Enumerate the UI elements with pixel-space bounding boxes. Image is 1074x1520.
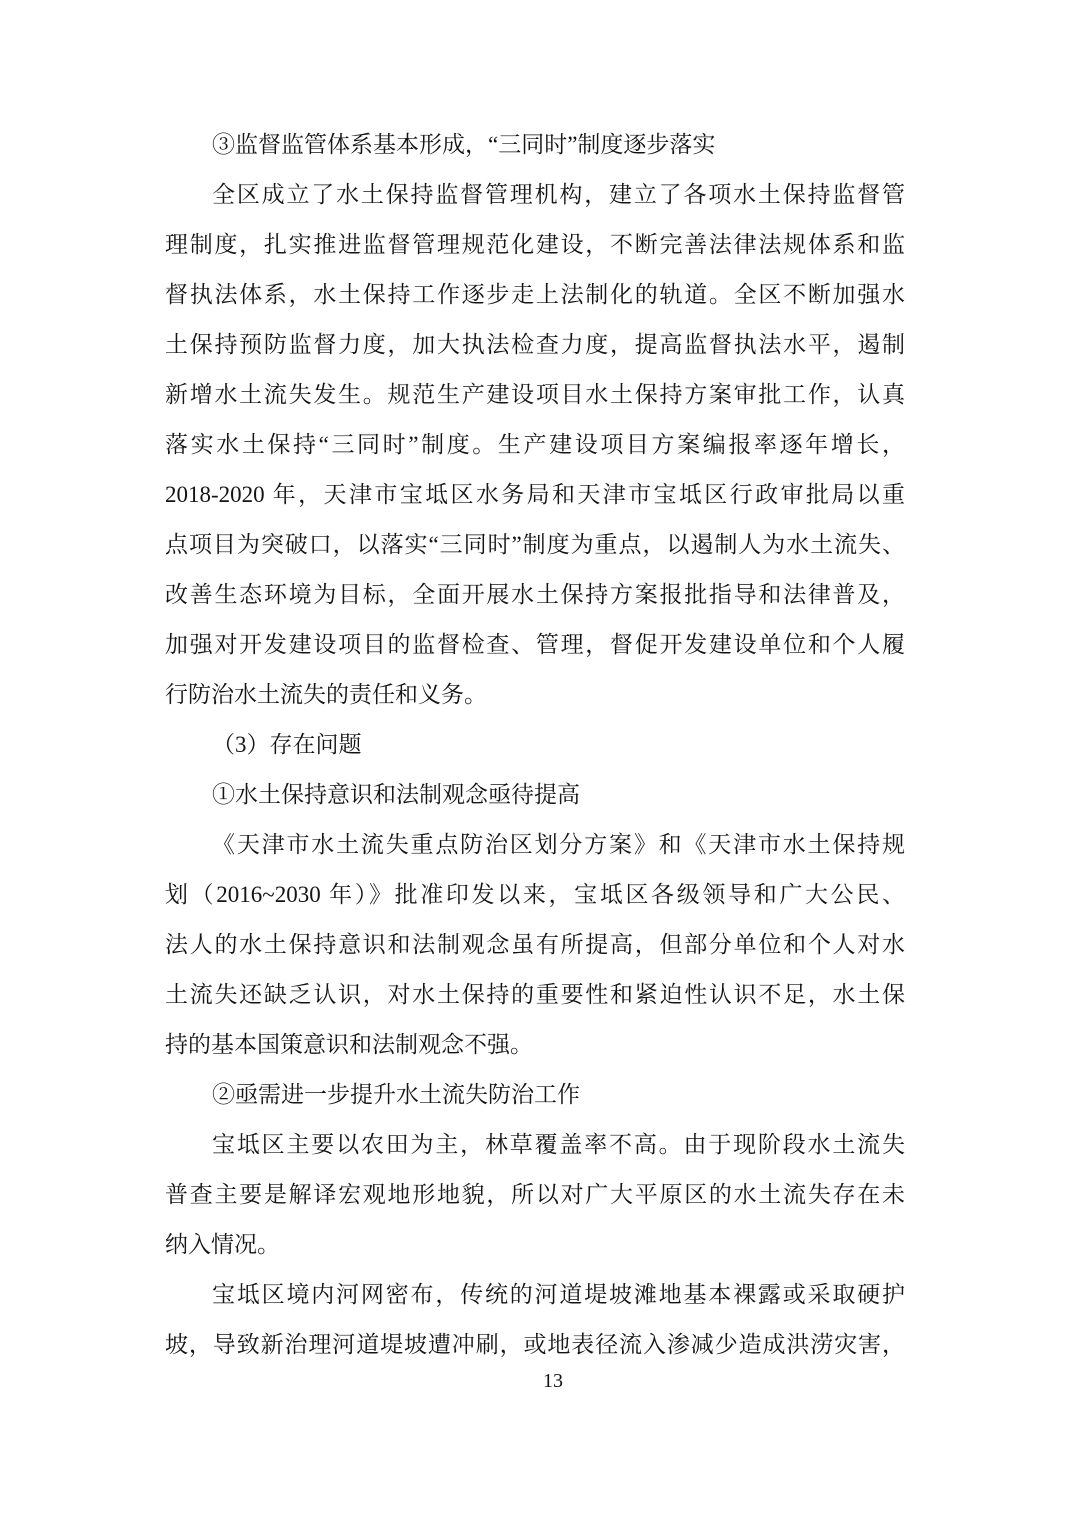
paragraph-sub-heading: （3）存在问题 [165, 720, 905, 770]
text-line: 《天津市水土流失重点防治区划分方案》和《天津市水土保持规 [165, 820, 905, 870]
text-line: 宝坻区主要以农田为主，林草覆盖率不高。由于现阶段水土流失 [165, 1120, 905, 1170]
text-line: 坡，导致新治理河道堤坡遭冲刷，或地表径流入渗减少造成洪涝灾害， [165, 1320, 905, 1370]
document-page: ③监督监管体系基本形成，“三同时”制度逐步落实全区成立了水土保持监督管理机构，建… [0, 0, 1074, 1520]
paragraph-numbered-heading: ②亟需进一步提升水土流失防治工作 [165, 1070, 905, 1120]
text-line: 2018-2020 年，天津市宝坻区水务局和天津市宝坻区行政审批局以重 [165, 470, 905, 520]
text-line: 划（2016~2030 年）》批准印发以来，宝坻区各级领导和广大公民、 [165, 870, 905, 920]
text-line: 普查主要是解译宏观地形地貌，所以对广大平原区的水土流失存在未 [165, 1170, 905, 1220]
text-line: 纳入情况。 [165, 1220, 905, 1270]
document-body: ③监督监管体系基本形成，“三同时”制度逐步落实全区成立了水土保持监督管理机构，建… [165, 120, 905, 1370]
text-line: 理制度，扎实推进监督管理规范化建设，不断完善法律法规体系和监 [165, 220, 905, 270]
paragraph-body: 宝坻区主要以农田为主，林草覆盖率不高。由于现阶段水土流失普查主要是解译宏观地形地… [165, 1120, 905, 1270]
text-line: 落实水土保持“三同时”制度。生产建设项目方案编报率逐年增长， [165, 420, 905, 470]
text-line: ②亟需进一步提升水土流失防治工作 [165, 1070, 905, 1120]
page-footer: 13 [16, 1369, 1074, 1393]
text-line: 土流失还缺乏认识，对水土保持的重要性和紧迫性认识不足，水土保 [165, 970, 905, 1020]
text-line: 行防治水土流失的责任和义务。 [165, 670, 905, 720]
paragraph-body: 全区成立了水土保持监督管理机构，建立了各项水土保持监督管理制度，扎实推进监督管理… [165, 170, 905, 720]
text-line: 加强对开发建设项目的监督检查、管理，督促开发建设单位和个人履 [165, 620, 905, 670]
text-line: 改善生态环境为目标，全面开展水土保持方案报批指导和法律普及， [165, 570, 905, 620]
paragraph-numbered-heading: ①水土保持意识和法制观念亟待提高 [165, 770, 905, 820]
text-line: ③监督监管体系基本形成，“三同时”制度逐步落实 [165, 120, 905, 170]
text-line: （3）存在问题 [165, 720, 905, 770]
text-line: 督执法体系，水土保持工作逐步走上法制化的轨道。全区不断加强水 [165, 270, 905, 320]
paragraph-body: 宝坻区境内河网密布，传统的河道堤坡滩地基本裸露或采取硬护坡，导致新治理河道堤坡遭… [165, 1270, 905, 1370]
text-line: 新增水土流失发生。规范生产建设项目水土保持方案审批工作，认真 [165, 370, 905, 420]
text-line: 法人的水土保持意识和法制观念虽有所提高，但部分单位和个人对水 [165, 920, 905, 970]
text-line: 持的基本国策意识和法制观念不强。 [165, 1020, 905, 1070]
paragraph-numbered-heading: ③监督监管体系基本形成，“三同时”制度逐步落实 [165, 120, 905, 170]
text-line: ①水土保持意识和法制观念亟待提高 [165, 770, 905, 820]
text-line: 点项目为突破口，以落实“三同时”制度为重点，以遏制人为水土流失、 [165, 520, 905, 570]
text-line: 土保持预防监督力度，加大执法检查力度，提高监督执法水平，遏制 [165, 320, 905, 370]
text-line: 全区成立了水土保持监督管理机构，建立了各项水土保持监督管 [165, 170, 905, 220]
paragraph-body: 《天津市水土流失重点防治区划分方案》和《天津市水土保持规划（2016~2030 … [165, 820, 905, 1070]
page-number: 13 [543, 1370, 563, 1392]
text-line: 宝坻区境内河网密布，传统的河道堤坡滩地基本裸露或采取硬护 [165, 1270, 905, 1320]
